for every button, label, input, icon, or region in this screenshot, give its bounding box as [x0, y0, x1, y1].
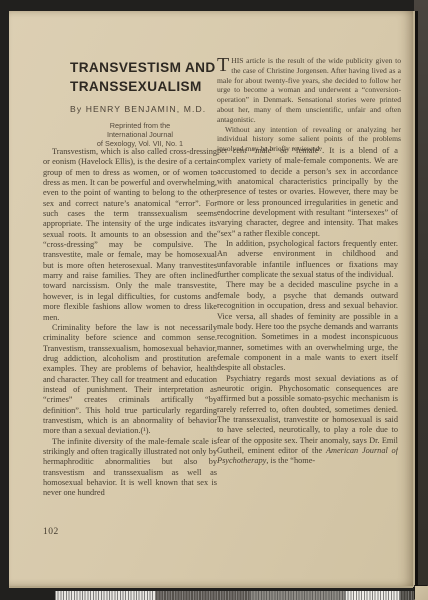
- reprint-note: Reprinted from the International Journal…: [70, 122, 210, 148]
- article-title-line2: TRANSSEXUALISM: [43, 77, 219, 96]
- intro-paragraph-text: HIS article is the result of the wide pu…: [217, 56, 401, 124]
- paragraph: Psychiatry regards most sexual deviation…: [217, 374, 398, 467]
- book-cover-edge: [414, 0, 428, 600]
- paragraph: per cent “male” or “female”. It is a ble…: [217, 146, 398, 239]
- paragraph: Criminality before the law is not necess…: [43, 323, 217, 437]
- page-number: 102: [43, 527, 59, 537]
- ruler-segment: [55, 591, 155, 600]
- paragraph: In addition, psychological factors frequ…: [217, 239, 398, 280]
- paragraph: Transvestism, which is also called cross…: [43, 147, 217, 323]
- article-title-line1: TRANSVESTISM AND: [43, 58, 219, 77]
- scanned-journal-page: { "article": { "title_line1": "TRANSVEST…: [0, 0, 428, 600]
- paragraph: There may be a decided masculine psyche …: [217, 280, 398, 373]
- closing-text-after: , is the “home-: [266, 456, 315, 465]
- left-column: Transvestism, which is also called cross…: [43, 147, 217, 537]
- article-byline: By HENRY BENJAMIN, M.D.: [43, 104, 219, 114]
- paper-bottom-edge: [9, 586, 413, 588]
- ruler-segment: [250, 591, 345, 600]
- ruler-segment: [345, 591, 400, 600]
- drop-cap: T: [217, 56, 231, 73]
- intro-paragraph: THIS article is the result of the wide p…: [217, 56, 401, 125]
- closing-text-before: Psychiatry regards most sexual deviation…: [217, 374, 398, 455]
- right-column: per cent “male” or “female”. It is a ble…: [217, 146, 398, 546]
- next-page-corner: [415, 586, 428, 600]
- article-heading: TRANSVESTISM AND TRANSSEXUALISM By HENRY…: [43, 58, 219, 148]
- page-paper: TRANSVESTISM AND TRANSSEXUALISM By HENRY…: [9, 11, 415, 587]
- grayscale-ruler: [55, 591, 428, 600]
- right-column-intro: THIS article is the result of the wide p…: [217, 56, 401, 154]
- ruler-segment: [155, 591, 250, 600]
- paragraph: The infinite diversity of the male-femal…: [43, 437, 217, 499]
